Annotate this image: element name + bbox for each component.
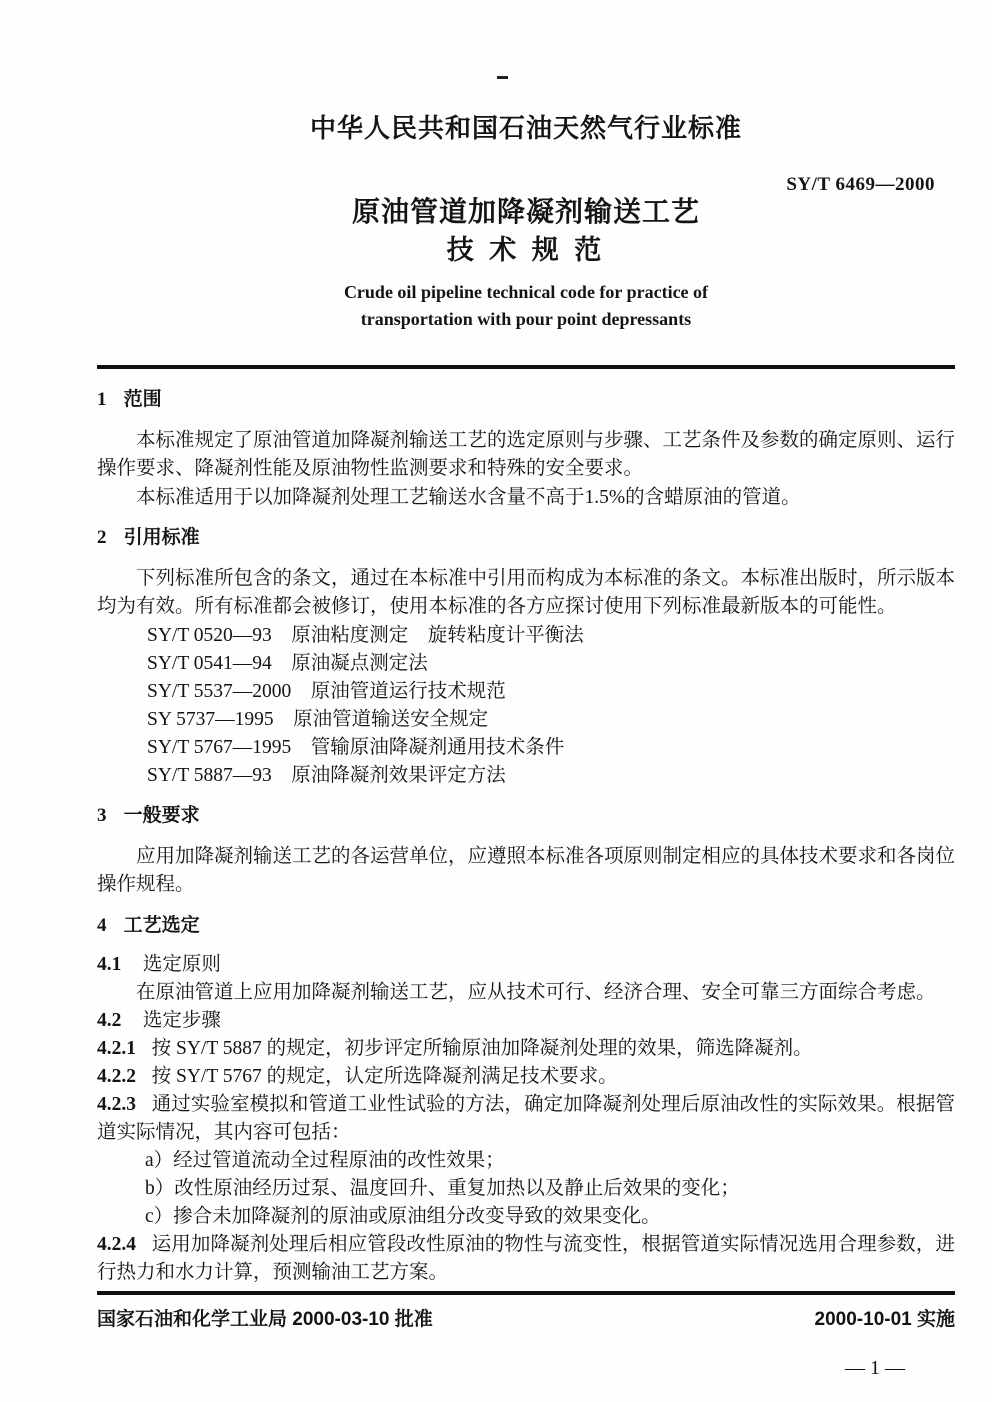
reference-item: SY/T 0520—93原油粘度测定 旋转粘度计平衡法 bbox=[97, 622, 955, 650]
implementation-info: 2000-10-01 实施 bbox=[815, 1307, 955, 1333]
section-4-title: 工艺选定 bbox=[124, 915, 200, 936]
footer-divider bbox=[97, 1291, 955, 1295]
subsection-4-2-number: 4.2 bbox=[97, 1010, 121, 1031]
footer: 国家石油和化学工业局 2000-03-10 批准 2000-10-01 实施 bbox=[97, 1307, 955, 1333]
section-3-heading: 3一般要求 bbox=[97, 804, 955, 828]
document-title-cn: 原油管道加降凝剂输送工艺 bbox=[97, 195, 955, 229]
reference-title: 原油管道运行技术规范 bbox=[311, 681, 506, 702]
clause-4-2-1-number: 4.2.1 bbox=[97, 1038, 136, 1059]
clause-4-2-4: 4.2.4运用加降凝剂处理后相应管段改性原油的物性与流变性，根据管道实际情况选用… bbox=[97, 1231, 955, 1287]
reference-title: 原油管道输送安全规定 bbox=[293, 709, 488, 730]
document-title-en-line1: Crude oil pipeline technical code for pr… bbox=[97, 281, 955, 303]
clause-4-2-4-text: 运用加降凝剂处理后相应管段改性原油的物性与流变性，根据管道实际情况选用合理参数，… bbox=[97, 1234, 955, 1283]
subsection-4-1-number: 4.1 bbox=[97, 954, 121, 975]
list-item-c: c）掺合未加降凝剂的原油或原油组分改变导致的效果变化。 bbox=[97, 1203, 955, 1231]
section-2-title: 引用标准 bbox=[124, 527, 200, 548]
section-3-paragraph-1: 应用加降凝剂输送工艺的各运营单位，应遵照本标准各项原则制定相应的具体技术要求和各… bbox=[97, 843, 955, 899]
section-3-number: 3 bbox=[97, 805, 107, 826]
clause-4-2-2-number: 4.2.2 bbox=[97, 1066, 136, 1087]
reference-list: SY/T 0520—93原油粘度测定 旋转粘度计平衡法 SY/T 0541—94… bbox=[97, 622, 955, 790]
page-number: — 1 — bbox=[97, 1355, 955, 1381]
section-3-title: 一般要求 bbox=[124, 805, 200, 826]
section-2-heading: 2引用标准 bbox=[97, 526, 955, 550]
clause-4-2-2: 4.2.2按 SY/T 5767 的规定，认定所选降凝剂满足技术要求。 bbox=[97, 1063, 955, 1091]
subsection-4-2-heading: 4.2选定步骤 bbox=[97, 1007, 955, 1035]
standard-number: SY/T 6469—2000 bbox=[786, 174, 935, 196]
reference-item: SY/T 0541—94原油凝点测定法 bbox=[97, 650, 955, 678]
clause-4-2-4-number: 4.2.4 bbox=[97, 1234, 136, 1255]
clause-4-2-3-text: 通过实验室模拟和管道工业性试验的方法，确定加降凝剂处理后原油改性的实际效果。根据… bbox=[97, 1094, 955, 1143]
section-4-heading: 4工艺选定 bbox=[97, 914, 955, 938]
section-1-number: 1 bbox=[97, 389, 107, 410]
reference-title: 管输原油降凝剂通用技术条件 bbox=[311, 737, 565, 758]
reference-code: SY/T 5887—93 bbox=[147, 765, 272, 786]
clause-4-2-2-text: 按 SY/T 5767 的规定，认定所选降凝剂满足技术要求。 bbox=[152, 1066, 618, 1087]
section-1-heading: 1范围 bbox=[97, 388, 955, 412]
clause-4-2-3: 4.2.3通过实验室模拟和管道工业性试验的方法，确定加降凝剂处理后原油改性的实际… bbox=[97, 1091, 955, 1147]
section-1-title: 范围 bbox=[124, 389, 162, 410]
subsection-4-1-paragraph: 在原油管道上应用加降凝剂输送工艺，应从技术可行、经济合理、安全可靠三方面综合考虑… bbox=[97, 979, 955, 1007]
section-1-paragraph-2: 本标准适用于以加降凝剂处理工艺输送水含量不高于1.5%的含蜡原油的管道。 bbox=[97, 484, 955, 512]
section-4-number: 4 bbox=[97, 915, 107, 936]
reference-title: 原油降凝剂效果评定方法 bbox=[291, 765, 506, 786]
reference-code: SY/T 5537—2000 bbox=[147, 681, 291, 702]
document-page: SY/T 6469—2000 中华人民共和国石油天然气行业标准 原油管道加降凝剂… bbox=[0, 0, 992, 1402]
clause-4-2-1-text: 按 SY/T 5887 的规定，初步评定所输原油加降凝剂处理的效果，筛选降凝剂。 bbox=[152, 1038, 813, 1059]
reference-item: SY 5737—1995原油管道输送安全规定 bbox=[97, 706, 955, 734]
subsection-4-1-title: 选定原则 bbox=[143, 954, 221, 975]
reference-code: SY 5737—1995 bbox=[147, 709, 274, 730]
reference-item: SY/T 5537—2000原油管道运行技术规范 bbox=[97, 678, 955, 706]
clause-4-2-1: 4.2.1按 SY/T 5887 的规定，初步评定所输原油加降凝剂处理的效果，筛… bbox=[97, 1035, 955, 1063]
standard-category-title: 中华人民共和国石油天然气行业标准 bbox=[97, 113, 955, 143]
reference-title: 原油凝点测定法 bbox=[291, 653, 428, 674]
reference-code: SY/T 0520—93 bbox=[147, 625, 272, 646]
list-item-a: a）经过管道流动全过程原油的改性效果； bbox=[97, 1147, 955, 1175]
section-1-paragraph-1: 本标准规定了原油管道加降凝剂输送工艺的选定原则与步骤、工艺条件及参数的确定原则、… bbox=[97, 427, 955, 483]
section-2-paragraph-1: 下列标准所包含的条文，通过在本标准中引用而构成为本标准的条文。本标准出版时，所示… bbox=[97, 565, 955, 621]
subsection-4-2-title: 选定步骤 bbox=[143, 1010, 221, 1031]
reference-code: SY/T 0541—94 bbox=[147, 653, 272, 674]
list-item-b: b）改性原油经历过泵、温度回升、重复加热以及静止后效果的变化； bbox=[97, 1175, 955, 1203]
reference-title: 原油粘度测定 旋转粘度计平衡法 bbox=[291, 625, 584, 646]
header-divider bbox=[97, 365, 955, 369]
document-subtitle-cn: 技 术 规 范 bbox=[97, 235, 955, 265]
document-title-en-line2: transportation with pour point depressan… bbox=[97, 308, 955, 330]
approval-info: 国家石油和化学工业局 2000-03-10 批准 bbox=[97, 1307, 433, 1333]
clause-4-2-3-number: 4.2.3 bbox=[97, 1094, 136, 1115]
reference-item: SY/T 5767—1995管输原油降凝剂通用技术条件 bbox=[97, 734, 955, 762]
reference-code: SY/T 5767—1995 bbox=[147, 737, 291, 758]
reference-item: SY/T 5887—93原油降凝剂效果评定方法 bbox=[97, 762, 955, 790]
scan-artifact-dash bbox=[497, 76, 508, 79]
section-2-number: 2 bbox=[97, 527, 107, 548]
subsection-4-1-heading: 4.1选定原则 bbox=[97, 951, 955, 979]
